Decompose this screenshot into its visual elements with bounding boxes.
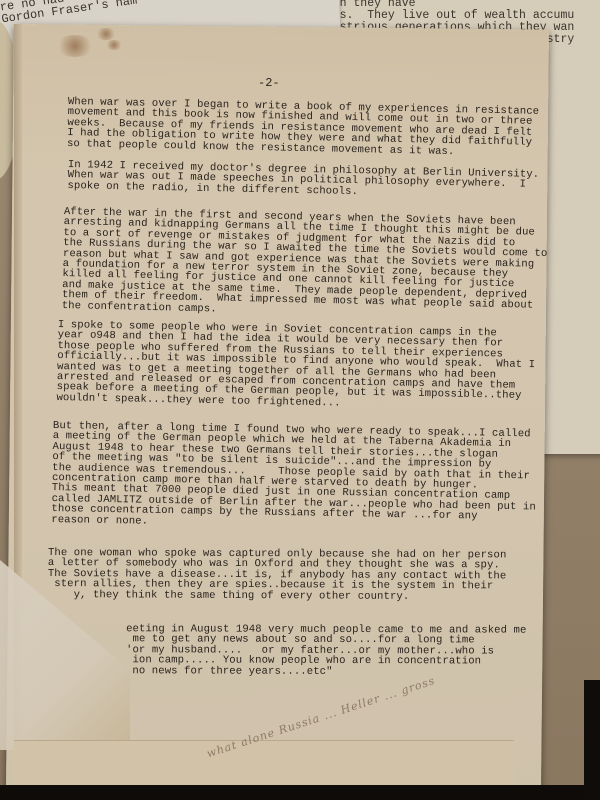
paragraph-1: When war was over I began to write a boo… bbox=[67, 97, 539, 159]
background-text-top-left: re no hadGordon Fraser's nam bbox=[0, 0, 138, 25]
paragraph-5: But then, after a long time I found two … bbox=[51, 421, 537, 533]
dark-surface-right bbox=[584, 680, 600, 800]
rust-stain bbox=[105, 40, 123, 50]
bottom-paper-strip bbox=[14, 740, 514, 789]
paragraph-4: I spoke to some people who were in Sovie… bbox=[56, 320, 535, 412]
paragraph-3: After the war in the first and second ye… bbox=[62, 207, 549, 322]
dark-surface bbox=[0, 785, 600, 800]
rust-stain bbox=[55, 35, 95, 57]
paragraph-6: The one woman who spoke was captured onl… bbox=[48, 548, 507, 602]
page-number: -2- bbox=[258, 76, 280, 90]
rust-stain bbox=[95, 28, 117, 40]
document-photo: which they havechaos. They live out of w… bbox=[0, 0, 600, 800]
typed-line: no news for three years....etc" bbox=[68, 666, 527, 678]
paragraph-7: eeting in August 1948 very much people c… bbox=[68, 624, 527, 678]
